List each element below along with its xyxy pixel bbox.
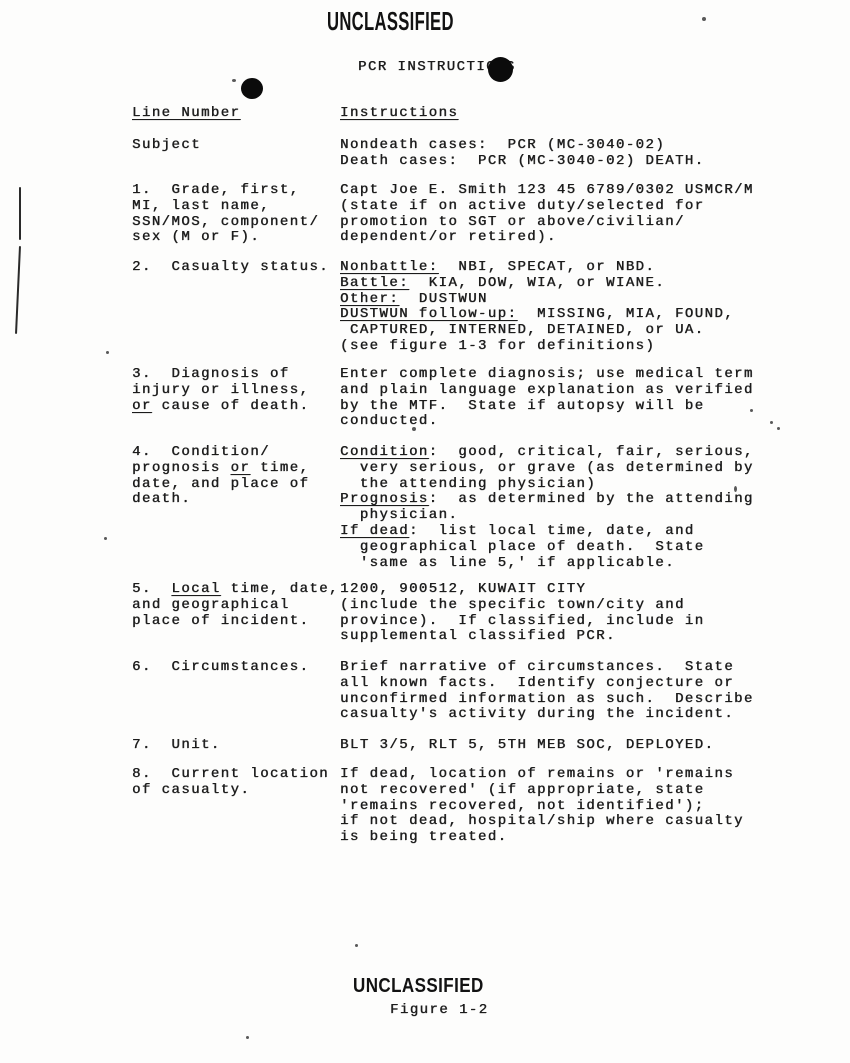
text-line: physician. [340, 508, 754, 524]
text-line: (include the specific town/city and [340, 598, 705, 614]
text-line: BLT 3/5, RLT 5, 5TH MEB SOC, DEPLOYED. [340, 738, 714, 754]
text-segment: (see figure 1-3 for definitions) [340, 338, 655, 354]
text-line: 2. Casualty status. [132, 260, 329, 276]
text-line: 'remains recovered, not identified'); [340, 799, 744, 815]
redaction-mark [241, 78, 263, 99]
text-line: 6. Circumstances. [132, 660, 309, 676]
text-segment: all known facts. Identify conjecture or [340, 675, 734, 691]
text-line: Enter complete diagnosis; use medical te… [340, 367, 754, 383]
text-line: Capt Joe E. Smith 123 45 6789/0302 USMCR… [340, 183, 754, 199]
line-number-cell: 3. Diagnosis ofinjury or illness,or caus… [132, 367, 309, 414]
text-segment: KIA, DOW, WIA, or WIANE. [409, 275, 665, 291]
text-line: promotion to SGT or above/civilian/ [340, 215, 754, 231]
text-segment: CAPTURED, INTERNED, DETAINED, or UA. [340, 322, 705, 338]
text-segment: (include the specific town/city and [340, 597, 685, 613]
text-line: 'same as line 5,' if applicable. [340, 556, 754, 572]
text-line: (state if on active duty/selected for [340, 199, 754, 215]
text-segment: If dead, location of remains or 'remains [340, 766, 734, 782]
text-segment: BLT 3/5, RLT 5, 5TH MEB SOC, DEPLOYED. [340, 737, 714, 753]
text-line: death. [132, 492, 309, 508]
text-segment: death. [132, 491, 191, 507]
text-line: If dead, location of remains or 'remains [340, 767, 744, 783]
text-segment: (state if on active duty/selected for [340, 198, 705, 214]
text-line: place of incident. [132, 614, 339, 630]
scan-speck [702, 17, 706, 21]
line-number-cell: Subject [132, 138, 201, 154]
text-line: Subject [132, 138, 201, 154]
scan-speck [106, 351, 109, 354]
text-segment: physician. [340, 507, 458, 523]
text-segment: 6. Circumstances. [132, 659, 309, 675]
text-line: 4. Condition/ [132, 445, 309, 461]
underlined-term: Battle: [340, 275, 409, 291]
scan-speck [770, 421, 773, 424]
text-segment: Death cases: PCR (MC-3040-02) DEATH. [340, 153, 705, 169]
instructions-cell: Nonbattle: NBI, SPECAT, or NBD.Battle: K… [340, 260, 734, 355]
text-line: geographical place of death. State [340, 540, 754, 556]
text-segment: sex (M or F). [132, 229, 260, 245]
scan-speck [355, 944, 358, 947]
scan-speck [777, 427, 780, 430]
text-line: and plain language explanation as verifi… [340, 383, 754, 399]
text-line: casualty's activity during the incident. [340, 707, 754, 723]
line-number-cell: 8. Current locationof casualty. [132, 767, 329, 799]
instructions-cell: BLT 3/5, RLT 5, 5TH MEB SOC, DEPLOYED. [340, 738, 714, 754]
scan-speck [734, 486, 737, 492]
text-segment: time, [250, 460, 309, 476]
instructions-cell: 1200, 900512, KUWAIT CITY(include the sp… [340, 582, 705, 645]
text-line: Other: DUSTWUN [340, 292, 734, 308]
instructions-cell: Enter complete diagnosis; use medical te… [340, 367, 754, 430]
classification-banner-bottom: UNCLASSIFIED [353, 976, 484, 996]
text-line: 3. Diagnosis of [132, 367, 309, 383]
text-line: If dead: list local time, date, and [340, 524, 754, 540]
underlined-term: Condition [340, 444, 429, 460]
text-segment: Nondeath cases: PCR (MC-3040-02) [340, 137, 665, 153]
text-line: Condition: good, critical, fair, serious… [340, 445, 754, 461]
text-segment: geographical place of death. State [340, 539, 705, 555]
line-number-cell: 6. Circumstances. [132, 660, 309, 676]
scan-speck [246, 1036, 249, 1039]
line-number-cell: 1. Grade, first,MI, last name,SSN/MOS, c… [132, 183, 319, 246]
text-segment: SSN/MOS, component/ [132, 214, 319, 230]
instructions-cell: Nondeath cases: PCR (MC-3040-02)Death ca… [340, 138, 705, 170]
text-line: not recovered' (if appropriate, state [340, 783, 744, 799]
text-line: Prognosis: as determined by the attendin… [340, 492, 754, 508]
column-header-instructions: Instructions [340, 106, 458, 122]
scan-speck [750, 409, 753, 412]
text-segment: supplemental classified PCR. [340, 628, 616, 644]
text-segment: dependent/or retired). [340, 229, 557, 245]
text-line: CAPTURED, INTERNED, DETAINED, or UA. [340, 323, 734, 339]
text-segment: the attending physician) [340, 476, 596, 492]
text-segment: Capt Joe E. Smith 123 45 6789/0302 USMCR… [340, 182, 754, 198]
text-segment: promotion to SGT or above/civilian/ [340, 214, 685, 230]
underlined-term: or [231, 460, 251, 476]
underlined-term: Nonbattle: [340, 259, 439, 275]
text-segment: 7. Unit. [132, 737, 221, 753]
underlined-term: If dead [340, 523, 409, 539]
change-bar [19, 187, 21, 240]
underlined-term: Prognosis [340, 491, 429, 507]
text-line: province). If classified, include in [340, 614, 705, 630]
text-segment: date, and place of [132, 476, 309, 492]
text-line: 1. Grade, first, [132, 183, 319, 199]
scan-speck [104, 537, 107, 540]
text-line: 8. Current location [132, 767, 329, 783]
change-bar [15, 246, 21, 334]
text-segment: very serious, or grave (as determined by [340, 460, 754, 476]
text-segment: 8. Current location [132, 766, 329, 782]
underlined-term: or [132, 398, 152, 414]
figure-caption: Figure 1-2 [390, 1003, 489, 1019]
text-segment: 2. Casualty status. [132, 259, 329, 275]
text-segment: : list local time, date, and [409, 523, 695, 539]
text-line: Battle: KIA, DOW, WIA, or WIANE. [340, 276, 734, 292]
instructions-cell: If dead, location of remains or 'remains… [340, 767, 744, 846]
text-line: Nonbattle: NBI, SPECAT, or NBD. [340, 260, 734, 276]
text-line: Brief narrative of circumstances. State [340, 660, 754, 676]
underlined-term: Local [171, 581, 220, 597]
text-line: and geographical [132, 598, 339, 614]
redaction-mark [488, 57, 513, 82]
scan-speck [412, 427, 416, 431]
text-line: by the MTF. State if autopsy will be [340, 399, 754, 415]
text-segment: and geographical [132, 597, 290, 613]
line-number-cell: 5. Local time, date,and geographicalplac… [132, 582, 339, 629]
instructions-cell: Brief narrative of circumstances. Statea… [340, 660, 754, 723]
text-line: date, and place of [132, 477, 309, 493]
text-segment: Enter complete diagnosis; use medical te… [340, 366, 754, 382]
text-segment: NBI, SPECAT, or NBD. [439, 259, 656, 275]
text-segment: prognosis [132, 460, 231, 476]
text-segment: 3. Diagnosis of [132, 366, 290, 382]
text-segment: Subject [132, 137, 201, 153]
text-segment: unconfirmed information as such. Describ… [340, 691, 754, 707]
text-line: DUSTWUN follow-up: MISSING, MIA, FOUND, [340, 307, 734, 323]
text-line: injury or illness, [132, 383, 309, 399]
text-segment: casualty's activity during the incident. [340, 706, 734, 722]
text-segment: 1200, 900512, KUWAIT CITY [340, 581, 586, 597]
text-segment: by the MTF. State if autopsy will be [340, 398, 705, 414]
text-line: if not dead, hospital/ship where casualt… [340, 814, 744, 830]
text-segment: 5. [132, 581, 171, 597]
text-line: 1200, 900512, KUWAIT CITY [340, 582, 705, 598]
text-segment: province). If classified, include in [340, 613, 705, 629]
text-segment: : as determined by the attending [429, 491, 754, 507]
line-number-cell: 4. Condition/prognosis or time,date, and… [132, 445, 309, 508]
text-line: of casualty. [132, 783, 329, 799]
text-line: 5. Local time, date, [132, 582, 339, 598]
text-line: very serious, or grave (as determined by [340, 461, 754, 477]
text-line: Nondeath cases: PCR (MC-3040-02) [340, 138, 705, 154]
text-line: supplemental classified PCR. [340, 629, 705, 645]
text-line: 7. Unit. [132, 738, 221, 754]
text-segment: conducted. [340, 413, 439, 429]
text-segment: MISSING, MIA, FOUND, [517, 306, 734, 322]
instructions-cell: Condition: good, critical, fair, serious… [340, 445, 754, 571]
text-segment: time, date, [221, 581, 339, 597]
text-line: conducted. [340, 414, 754, 430]
text-line: (see figure 1-3 for definitions) [340, 339, 734, 355]
text-segment: injury or illness, [132, 382, 309, 398]
text-segment: place of incident. [132, 613, 309, 629]
text-line: the attending physician) [340, 477, 754, 493]
text-segment: DUSTWUN [399, 291, 488, 307]
text-line: Death cases: PCR (MC-3040-02) DEATH. [340, 154, 705, 170]
text-segment: cause of death. [152, 398, 310, 414]
text-segment: Brief narrative of circumstances. State [340, 659, 734, 675]
text-line: unconfirmed information as such. Describ… [340, 692, 754, 708]
text-segment: 4. Condition/ [132, 444, 270, 460]
text-segment: : good, critical, fair, serious, [429, 444, 754, 460]
text-segment: 'remains recovered, not identified'); [340, 798, 705, 814]
text-line: SSN/MOS, component/ [132, 215, 319, 231]
scan-speck [232, 79, 236, 82]
column-header-line-number: Line Number [132, 106, 240, 122]
text-segment: not recovered' (if appropriate, state [340, 782, 705, 798]
text-line: prognosis or time, [132, 461, 309, 477]
instructions-cell: Capt Joe E. Smith 123 45 6789/0302 USMCR… [340, 183, 754, 246]
text-segment: 1. Grade, first, [132, 182, 299, 198]
underlined-term: Other: [340, 291, 399, 307]
text-line: is being treated. [340, 830, 744, 846]
text-segment: of casualty. [132, 782, 250, 798]
underlined-term: DUSTWUN follow-up: [340, 306, 517, 322]
text-segment: is being treated. [340, 829, 507, 845]
text-line: MI, last name, [132, 199, 319, 215]
text-line: dependent/or retired). [340, 230, 754, 246]
document-page: UNCLASSIFIED PCR INSTRUCTIONS Line Numbe… [0, 0, 850, 1063]
text-segment: MI, last name, [132, 198, 270, 214]
text-line: or cause of death. [132, 399, 309, 415]
text-line: all known facts. Identify conjecture or [340, 676, 754, 692]
text-segment: and plain language explanation as verifi… [340, 382, 754, 398]
line-number-cell: 7. Unit. [132, 738, 221, 754]
text-segment: 'same as line 5,' if applicable. [340, 555, 675, 571]
text-line: sex (M or F). [132, 230, 319, 246]
classification-banner-top: UNCLASSIFIED [327, 8, 454, 34]
line-number-cell: 2. Casualty status. [132, 260, 329, 276]
text-segment: if not dead, hospital/ship where casualt… [340, 813, 744, 829]
